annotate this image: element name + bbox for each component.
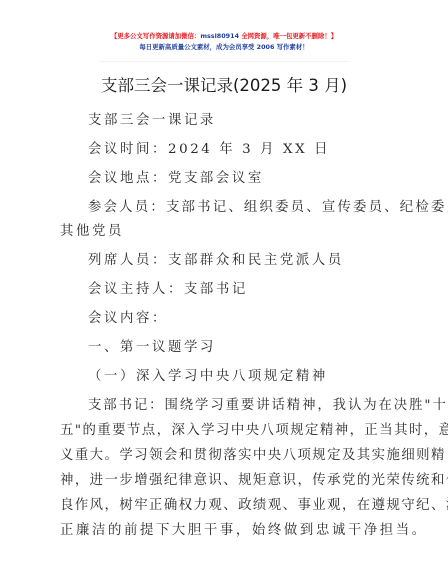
- attendees-line-1: 参会人员：支部书记、组织委员、宣传委员、纪检委员及: [88, 199, 412, 217]
- promo-prefix: 【更多公文写作资源请加微信：: [111, 32, 200, 40]
- attendees-line-2: 其他党员: [60, 223, 384, 241]
- content-heading: 会议内容：: [88, 310, 412, 328]
- meeting-time: 会议时间：2024 年 3 月 XX 日: [88, 141, 412, 159]
- paragraph-line: 五"的重要节点，深入学习中央八项规定精神，正当其时，意: [60, 422, 384, 440]
- paragraph-line: 神，进一步增强纪律意识、规矩意识，传承党的光荣传统和优: [60, 472, 384, 490]
- header-divider: [100, 61, 350, 62]
- paragraph-line: 义重大。学习领会和贯彻落实中央八项规定及其实施细则精: [60, 447, 384, 465]
- paragraph-line: 良作风，树牢正确权力观、政绩观、事业观，在遵规守纪、清: [60, 497, 384, 515]
- section-heading-1: 一、第一议题学习: [88, 339, 412, 357]
- subsection-heading-1: （一）深入学习中央八项规定精神: [88, 368, 412, 386]
- promo-suffix: 全网资源，唯一包更新不删除！】: [239, 32, 337, 40]
- meeting-location: 会议地点：党支部会议室: [88, 170, 412, 188]
- promo-wechat-id: mssl80914: [200, 32, 239, 40]
- document-page: 【更多公文写作资源请加微信：mssl80914 全网资源，唯一包更新不删除！】 …: [0, 0, 448, 580]
- paragraph-line: 正廉洁的前提下大胆干事，始终做到忠诚干净担当。: [60, 522, 384, 540]
- promo-banner-line-2: 每日更新高质量公文素材，成为会员享受 2006 写作素材！: [0, 42, 448, 51]
- document-title: 支部三会一课记录(2025 年 3 月): [0, 72, 448, 96]
- observers-line: 列席人员：支部群众和民主党派人员: [88, 252, 412, 270]
- promo-banner-line-1: 【更多公文写作资源请加微信：mssl80914 全网资源，唯一包更新不删除！】: [0, 31, 448, 40]
- meeting-time-text: 会议时间：2024 年 3 月 XX 日: [88, 142, 330, 157]
- subtitle-line: 支部三会一课记录: [88, 112, 412, 130]
- paragraph-line: 支部书记：围绕学习重要讲话精神，我认为在决胜"十四: [88, 397, 412, 415]
- host-line: 会议主持人：支部书记: [88, 281, 412, 299]
